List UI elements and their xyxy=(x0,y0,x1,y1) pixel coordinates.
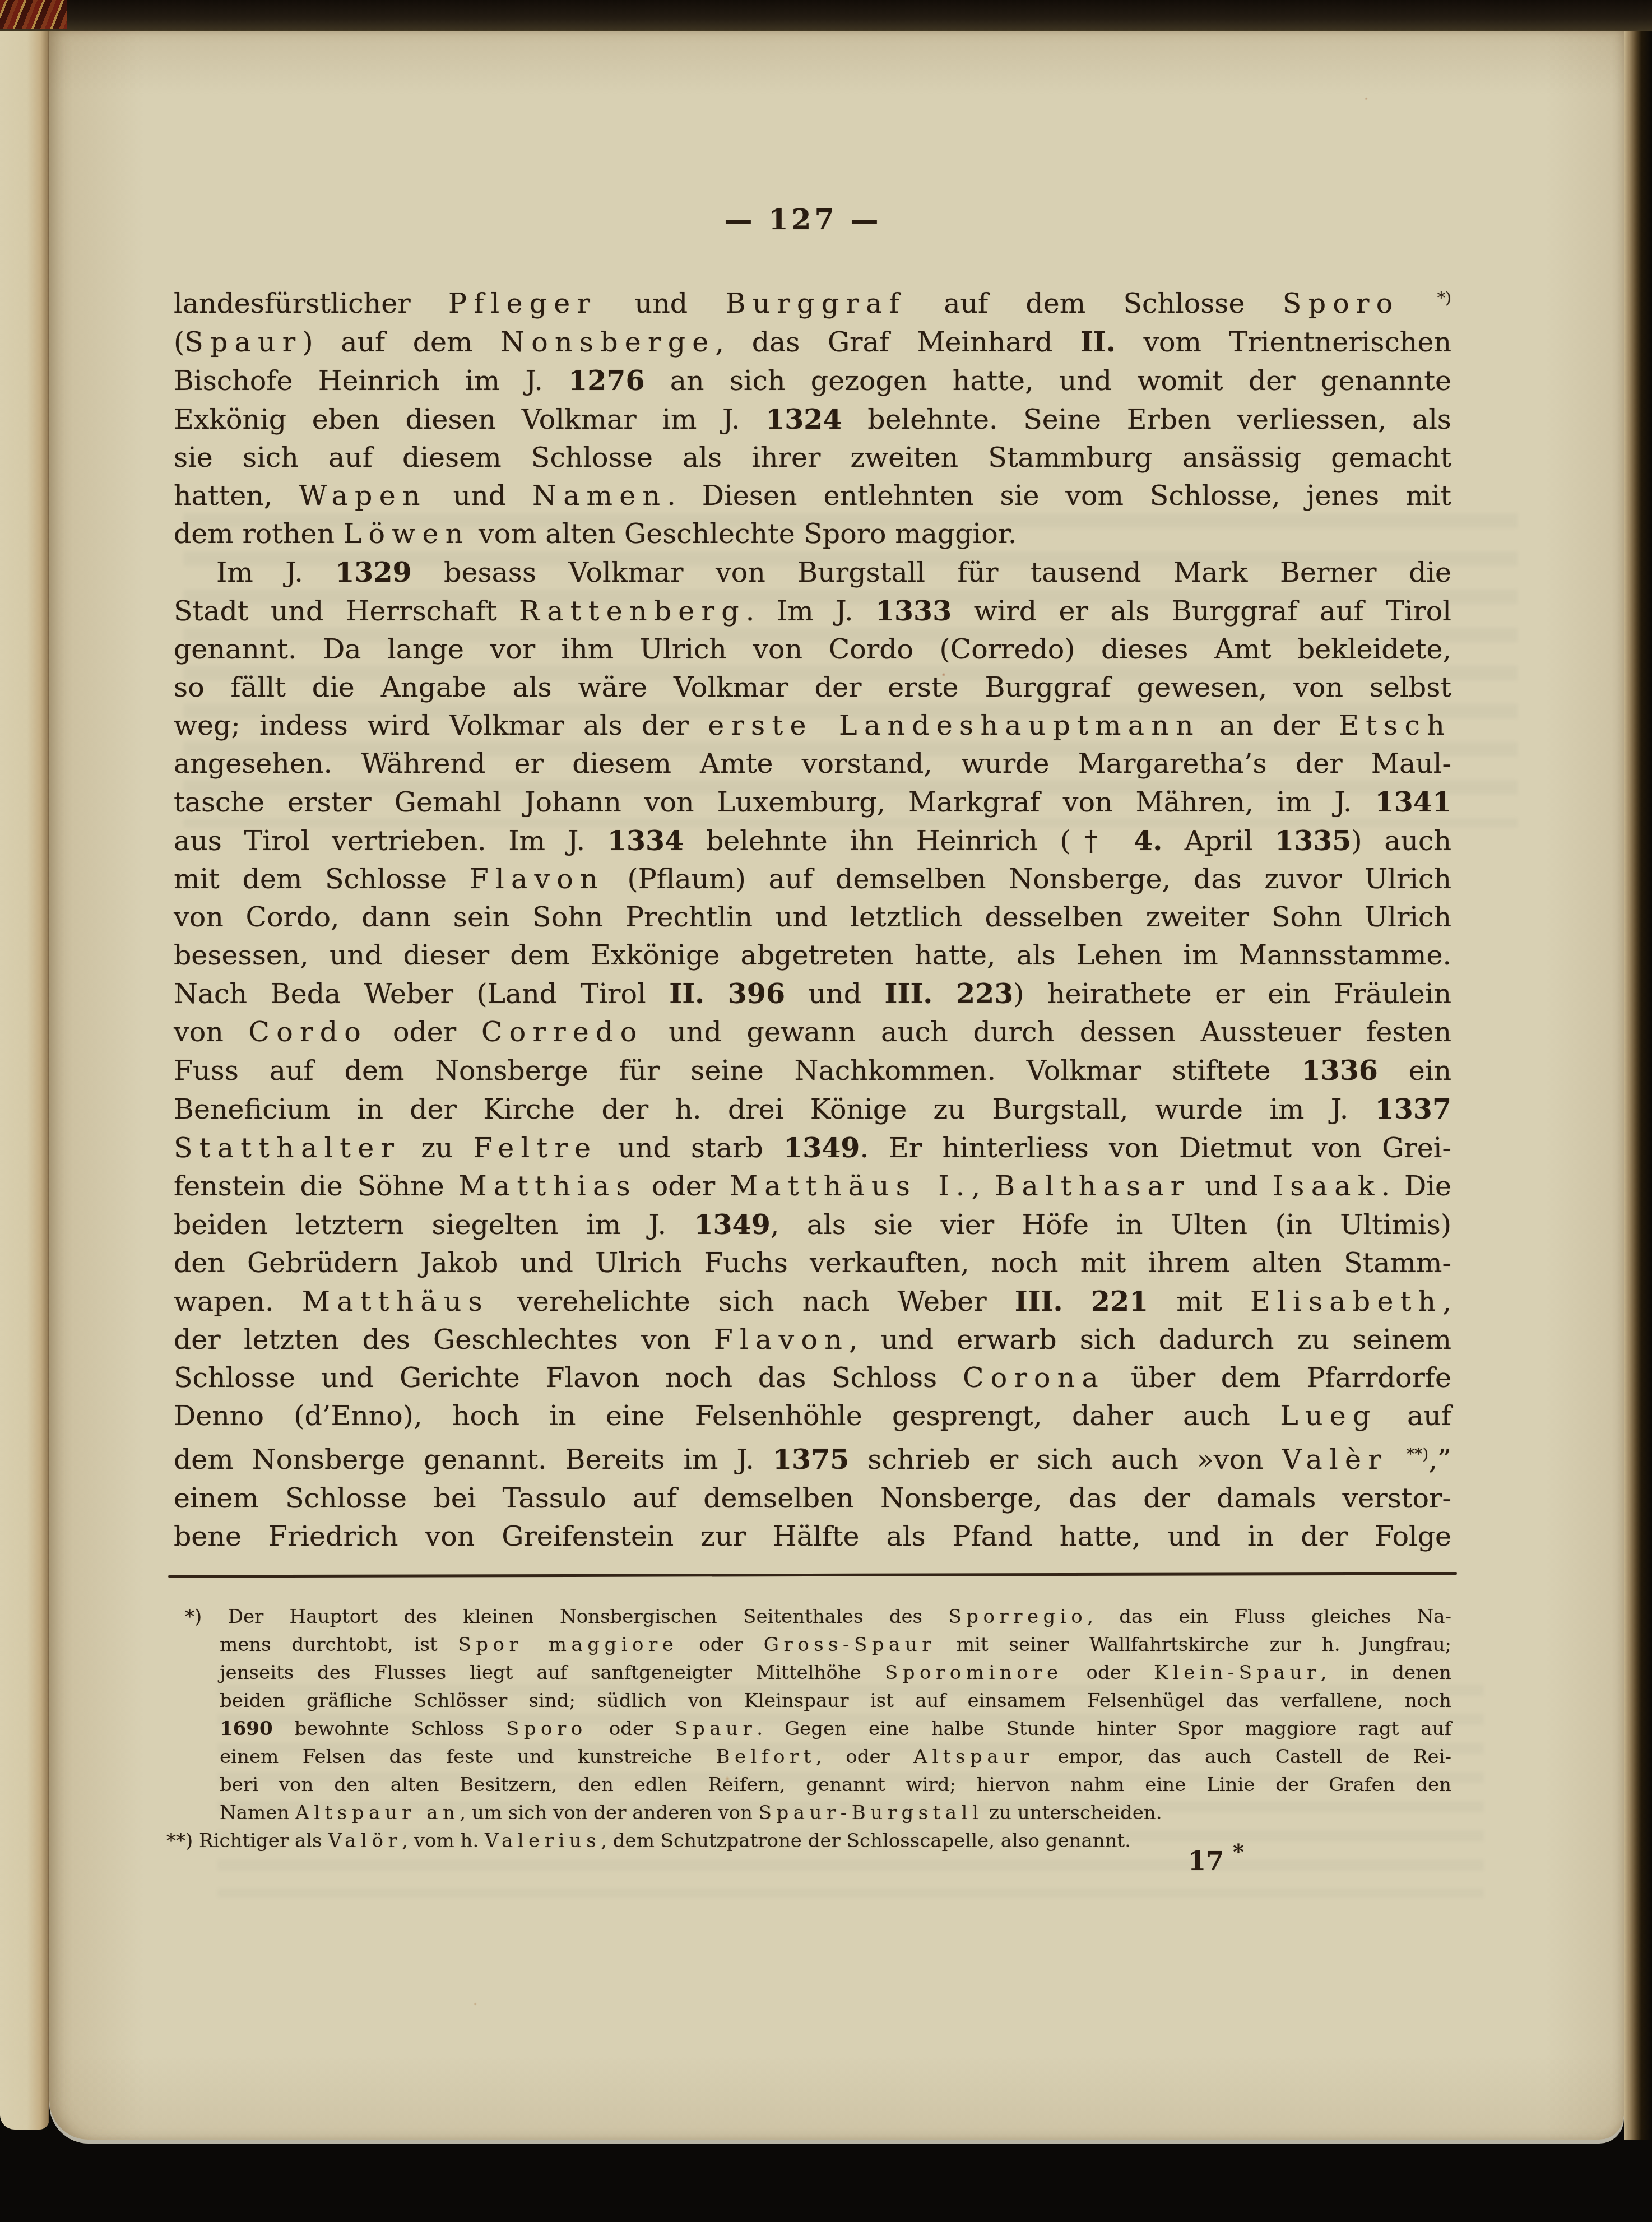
text-segment: landesfürstlicher xyxy=(174,287,448,319)
text-segment: , in denen xyxy=(1321,1662,1451,1684)
text-segment: Namen xyxy=(532,480,667,512)
text-segment: bene Friedrich von Greifenstein zur Hälf… xyxy=(174,1520,1451,1552)
text-line: tasche erster Gemahl Johann von Luxembur… xyxy=(174,783,1451,822)
text-segment: zu unterscheiden. xyxy=(983,1802,1162,1824)
text-line: Schlosse und Gerichte Flavon noch das Sc… xyxy=(174,1359,1451,1397)
text-line: von Cordo oder Corredo und gewann auch d… xyxy=(174,1013,1451,1051)
text-segment: 221 xyxy=(1091,1285,1148,1318)
text-line: angesehen. Während er diesem Amte vorsta… xyxy=(174,745,1451,783)
text-line: genannt. Da lange vor ihm Ulrich von Cor… xyxy=(174,630,1451,669)
text-segment: Beneficium in der Kirche der h. drei Kön… xyxy=(174,1093,1375,1125)
text-segment: 1690 xyxy=(220,1718,273,1740)
text-segment: besessen, und dieser dem Exkönige abgetr… xyxy=(174,939,1451,971)
text-segment: Fuss auf dem Nonsberge für seine Nachkom… xyxy=(174,1055,1302,1087)
text-segment: 1337 xyxy=(1375,1093,1451,1125)
text-segment: III. xyxy=(885,977,933,1010)
text-segment: belehnte. Seine Erben verliessen, als xyxy=(842,403,1451,435)
text-segment: ein xyxy=(1378,1055,1451,1087)
text-segment: an sich gezogen hatte, und womit der gen… xyxy=(645,365,1452,397)
text-line: weg; indess wird Volkmar als der erste L… xyxy=(174,707,1451,745)
text-segment: einem Felsen das feste und kunstreiche xyxy=(220,1746,716,1768)
text-segment: , oder xyxy=(816,1746,913,1768)
marbled-cover-corner xyxy=(0,0,67,29)
text-segment: Corona xyxy=(963,1362,1105,1394)
text-line: sie sich auf diesem Schlosse als ihrer z… xyxy=(174,439,1451,477)
text-segment: . Gegen eine halbe Stunde hinter Spor ma… xyxy=(757,1718,1451,1740)
text-segment: . Die xyxy=(1381,1170,1451,1202)
text-segment: (Pflaum) auf demselben Nonsberge, das zu… xyxy=(605,863,1451,895)
text-line: Statthalter zu Feltre und starb 1349. Er… xyxy=(174,1129,1451,1167)
text-segment: II. xyxy=(1080,326,1116,358)
text-segment: hatten, xyxy=(174,480,299,512)
text-segment: und xyxy=(1191,1170,1273,1202)
text-segment: Gross-Spaur xyxy=(764,1634,936,1656)
text-segment: sie sich auf diesem Schlosse als ihrer z… xyxy=(174,442,1451,474)
text-line: landesfürstlicher Pfleger und Burggraf a… xyxy=(174,279,1451,323)
text-segment: Exkönig eben diesen Volkmar im J. xyxy=(174,403,765,435)
text-segment: beri von den alten Besitzern, den edlen … xyxy=(220,1774,1451,1796)
text-segment: Stadt und Herrschaft xyxy=(174,595,519,627)
text-segment: Sporo xyxy=(506,1718,587,1740)
text-segment: 1349 xyxy=(694,1208,770,1241)
text-segment: von xyxy=(174,1016,249,1048)
text-segment: Im J. xyxy=(216,556,335,588)
text-line: beiden gräfliche Schlösser sind; südlich… xyxy=(220,1687,1451,1715)
text-segment: oder xyxy=(637,1170,730,1202)
text-segment: Isaak xyxy=(1273,1170,1381,1202)
text-line: wapen. Matthäus verehelichte sich nach W… xyxy=(174,1282,1451,1321)
text-segment: Valèr xyxy=(1282,1444,1388,1476)
text-line: besessen, und dieser dem Exkönige abgetr… xyxy=(174,936,1451,975)
text-line: der letzten des Geschlechtes von Flavon,… xyxy=(174,1321,1451,1359)
text-segment: so fällt die Angabe als wäre Volkmar der… xyxy=(174,671,1451,703)
text-segment: schrieb er sich auch »von xyxy=(849,1444,1282,1476)
text-segment: Bischofe Heinrich im J. xyxy=(174,365,568,397)
book-page: — 127 — landesfürstlicher Pfleger und Bu… xyxy=(49,31,1624,2140)
text-segment: mens durchtobt, ist xyxy=(220,1634,458,1656)
text-segment: Spaur xyxy=(184,326,302,358)
previous-page-gutter-edge xyxy=(0,31,49,2130)
text-line: 1690 bewohnte Schloss Sporo oder Spaur. … xyxy=(220,1715,1451,1743)
text-line: bene Friedrich von Greifenstein zur Hälf… xyxy=(174,1518,1451,1556)
text-line: einem Felsen das feste und kunstreiche B… xyxy=(220,1743,1451,1771)
text-segment: Altspaur xyxy=(913,1746,1034,1768)
text-segment: an der xyxy=(1200,709,1339,741)
page-number: — 127 — xyxy=(49,203,1557,236)
text-segment: ,” xyxy=(1428,1444,1451,1476)
text-segment: Spaur-Burgstall xyxy=(759,1802,983,1824)
text-segment: Schlosse und Gerichte Flavon noch das Sc… xyxy=(174,1362,963,1394)
text-segment: vom Trientnerischen xyxy=(1116,326,1451,358)
text-segment: jenseits des Flusses liegt auf sanftgene… xyxy=(220,1662,885,1684)
text-segment: ( xyxy=(174,326,184,358)
text-segment: einem Schlosse bei Tassulo auf demselben… xyxy=(174,1482,1451,1514)
text-segment: über dem Pfarrdorfe xyxy=(1105,1362,1451,1394)
text-segment: Statthalter xyxy=(174,1132,401,1164)
signature-star: * xyxy=(1233,1839,1244,1864)
text-line: Fuss auf dem Nonsberge für seine Nachkom… xyxy=(174,1051,1451,1090)
text-segment: Spor maggiore xyxy=(458,1634,679,1656)
text-segment xyxy=(1063,1286,1091,1318)
text-line: hatten, Wapen und Namen. Diesen entlehnt… xyxy=(174,477,1451,515)
text-line: mit dem Schlosse Flavon (Pflaum) auf dem… xyxy=(174,860,1451,898)
footnote-separator-rule xyxy=(168,1572,1457,1578)
text-line: Stadt und Herrschaft Rattenberg. Im J. 1… xyxy=(174,592,1451,630)
text-segment: , das ein Fluss gleiches Na- xyxy=(1087,1606,1451,1628)
text-segment: und gewann auch durch dessen Aussteuer f… xyxy=(643,1016,1451,1048)
text-line: Beneficium in der Kirche der h. drei Kön… xyxy=(174,1090,1451,1129)
text-segment xyxy=(1399,287,1437,319)
text-segment: . Im J. xyxy=(746,595,875,627)
text-segment: Cordo xyxy=(249,1016,368,1048)
text-segment: , um sich von der anderen von xyxy=(460,1802,758,1824)
text-segment: *) xyxy=(1437,289,1451,307)
text-line: Bischofe Heinrich im J. 1276 an sich gez… xyxy=(174,361,1451,400)
text-segment: Altspaur an xyxy=(295,1802,460,1824)
text-segment: weg; indess wird Volkmar als der xyxy=(174,709,708,741)
text-segment: Balthasar xyxy=(995,1170,1190,1202)
text-segment: dem Nonsberge genannt. Bereits im J. xyxy=(174,1444,773,1476)
text-line: fenstein die Söhne Matthias oder Matthäu… xyxy=(174,1167,1451,1205)
text-segment: ) auch xyxy=(1351,825,1451,857)
text-segment: Nonsberge xyxy=(500,326,715,358)
text-segment: erste Landeshauptmann xyxy=(708,709,1200,741)
text-segment: und starb xyxy=(597,1132,783,1164)
text-segment: Valerius xyxy=(485,1830,601,1852)
text-segment: tasche erster Gemahl Johann von Luxembur… xyxy=(174,786,1375,818)
text-segment: mit xyxy=(1148,1286,1250,1318)
text-segment: Etsch xyxy=(1339,709,1451,741)
text-segment: 1335 xyxy=(1275,824,1351,857)
text-line: Namen Altspaur an, um sich von der ander… xyxy=(220,1799,1451,1827)
text-line: (Spaur) auf dem Nonsberge, das Graf Mein… xyxy=(174,323,1451,361)
text-segment: 1324 xyxy=(765,403,842,435)
text-line: den Gebrüdern Jakob und Ulrich Fuchs ver… xyxy=(174,1244,1451,1282)
text-segment: Richtiger als xyxy=(199,1830,328,1852)
text-segment: Pfleger xyxy=(448,287,597,319)
text-segment: oder xyxy=(587,1718,675,1740)
text-segment: Valör xyxy=(328,1830,402,1852)
text-segment: Rattenberg xyxy=(519,595,746,627)
text-segment: . Er hinterliess von Dietmut von Grei- xyxy=(860,1132,1451,1164)
text-segment: und xyxy=(785,978,885,1010)
text-line: Nach Beda Weber (Land Tirol II. 396 und … xyxy=(174,975,1451,1013)
text-segment: genannt. Da lange vor ihm Ulrich von Cor… xyxy=(174,633,1451,665)
text-segment: Matthäus xyxy=(302,1286,489,1318)
text-segment: Belfort xyxy=(716,1746,815,1768)
text-segment: vom alten Geschlechte Sporo maggior. xyxy=(470,518,1017,550)
text-segment: mit dem Schlosse xyxy=(174,863,470,895)
text-segment: , xyxy=(972,1170,995,1202)
text-line: beiden letztern siegelten im J. 1349, al… xyxy=(174,1205,1451,1244)
text-segment: Matthias xyxy=(459,1170,637,1202)
text-segment: Wapen xyxy=(299,480,427,512)
text-segment: 1276 xyxy=(568,364,644,397)
text-segment: April xyxy=(1162,825,1275,857)
text-segment: fenstein die Söhne xyxy=(174,1170,459,1202)
text-segment: verehelichte sich nach Weber xyxy=(489,1286,1015,1318)
text-segment: und xyxy=(597,287,725,319)
text-segment: aus Tirol vertrieben. Im J. xyxy=(174,825,607,857)
text-segment: Matthäus I. xyxy=(730,1170,972,1202)
text-segment: besass Volkmar von Burgstall für tausend… xyxy=(412,556,1451,588)
text-segment: empor, das auch Castell de Rei- xyxy=(1034,1746,1451,1768)
text-segment: Löwen xyxy=(344,518,470,550)
text-segment: beiden gräfliche Schlösser sind; südlich… xyxy=(220,1690,1451,1712)
text-segment: wapen. xyxy=(174,1286,302,1318)
text-line: dem rothen Löwen vom alten Geschlechte S… xyxy=(174,515,1451,553)
text-segment: Flavon xyxy=(714,1324,849,1356)
text-segment: 1334 xyxy=(607,824,684,857)
text-segment: zu xyxy=(401,1132,474,1164)
text-segment: , dem Schutzpatrone der Schlosscapelle, … xyxy=(601,1830,1131,1852)
text-segment: III. xyxy=(1015,1285,1063,1318)
text-line: **) Richtiger als Valör, vom h. Valerius… xyxy=(220,1827,1451,1855)
scanned-book-photo: — 127 — landesfürstlicher Pfleger und Bu… xyxy=(0,0,1652,2222)
text-segment: 1349 xyxy=(783,1131,860,1164)
signature-number: 17 xyxy=(1188,1846,1224,1876)
text-segment: Sporo xyxy=(1283,287,1400,319)
text-segment: 1341 xyxy=(1375,786,1451,818)
text-segment: Spaur xyxy=(675,1718,757,1740)
text-segment: dem rothen xyxy=(174,518,344,550)
text-segment: 1375 xyxy=(773,1444,849,1476)
text-segment: . Diesen entlehnten sie vom Schlosse, je… xyxy=(667,480,1451,512)
text-segment: *) xyxy=(185,1606,228,1628)
text-segment: **) xyxy=(1407,1445,1429,1463)
text-segment: oder xyxy=(368,1016,481,1048)
stacked-page-edges xyxy=(1624,31,1652,2140)
text-segment: bewohnte Schloss xyxy=(273,1718,506,1740)
text-segment: ) auf dem xyxy=(303,326,501,358)
text-segment: oder xyxy=(678,1634,763,1656)
text-segment: mit seiner Wallfahrtskirche zur h. Jungf… xyxy=(936,1634,1451,1656)
text-line: so fällt die Angabe als wäre Volkmar der… xyxy=(174,669,1451,707)
text-segment: 4. xyxy=(1134,824,1162,857)
text-segment: 396 xyxy=(728,977,785,1010)
text-segment: den Gebrüdern Jakob und Ulrich Fuchs ver… xyxy=(174,1247,1451,1279)
text-segment: auf xyxy=(1377,1400,1451,1432)
text-segment: Feltre xyxy=(474,1132,598,1164)
text-segment: , vom h. xyxy=(402,1830,485,1852)
text-line: beri von den alten Besitzern, den edlen … xyxy=(220,1771,1451,1799)
text-line: dem Nonsberge genannt. Bereits im J. 137… xyxy=(174,1435,1451,1479)
text-segment: Sporominore xyxy=(885,1662,1063,1684)
text-segment: Elisabeth xyxy=(1250,1286,1442,1318)
text-segment: Corredo xyxy=(481,1016,643,1048)
text-segment: Burggraf xyxy=(725,287,906,319)
text-segment: Lueg xyxy=(1280,1400,1377,1432)
text-line: einem Schlosse bei Tassulo auf demselben… xyxy=(174,1479,1451,1518)
text-segment: Der Hauptort des kleinen Nonsbergischen … xyxy=(228,1606,949,1628)
text-segment: , xyxy=(1442,1286,1451,1318)
text-segment: Denno (d’Enno), hoch in eine Felsenhöhle… xyxy=(174,1400,1280,1432)
text-segment: , und erwarb sich dadurch zu seinem xyxy=(849,1324,1451,1356)
text-segment: Klein-Spaur xyxy=(1154,1662,1321,1684)
text-line: mens durchtobt, ist Spor maggiore oder G… xyxy=(220,1631,1451,1659)
footnotes-block: *) Der Hauptort des kleinen Nonsbergisch… xyxy=(220,1603,1451,1855)
signature-mark: 17* xyxy=(1188,1846,1244,1876)
text-segment: oder xyxy=(1063,1662,1154,1684)
text-segment: Nach Beda Weber (Land Tirol xyxy=(174,978,669,1010)
text-segment: ) heirathete er ein Fräulein xyxy=(1013,978,1451,1010)
text-segment: der letzten des Geschlechtes von xyxy=(174,1324,714,1356)
book-top-edge xyxy=(0,0,1652,33)
text-segment: , als sie vier Höfe in Ulten (in Ultimis… xyxy=(771,1209,1451,1241)
text-line: aus Tirol vertrieben. Im J. 1334 belehnt… xyxy=(174,822,1451,860)
text-segment: **) xyxy=(166,1830,199,1852)
text-segment: auf dem Schlosse xyxy=(906,287,1283,319)
text-line: jenseits des Flusses liegt auf sanftgene… xyxy=(220,1659,1451,1687)
text-segment: von Cordo, dann sein Sohn Prechtlin und … xyxy=(174,901,1451,933)
text-line: *) Der Hauptort des kleinen Nonsbergisch… xyxy=(220,1603,1451,1631)
text-segment xyxy=(704,978,728,1010)
text-line: Im J. 1329 besass Volkmar von Burgstall … xyxy=(174,553,1451,592)
text-line: Denno (d’Enno), hoch in eine Felsenhöhle… xyxy=(174,1397,1451,1435)
text-segment: 1333 xyxy=(875,595,952,627)
text-segment: 1329 xyxy=(335,556,411,588)
text-segment: wird er als Burggraf auf Tirol xyxy=(952,595,1451,627)
main-text-block: landesfürstlicher Pfleger und Burggraf a… xyxy=(174,279,1451,1556)
text-segment: Namen xyxy=(220,1802,295,1824)
text-segment: und xyxy=(427,480,532,512)
text-segment: 223 xyxy=(956,977,1013,1010)
text-segment: Flavon xyxy=(470,863,605,895)
text-line: Exkönig eben diesen Volkmar im J. 1324 b… xyxy=(174,400,1451,439)
text-segment: Sporregio xyxy=(948,1606,1087,1628)
text-segment: , das Graf Meinhard xyxy=(716,326,1080,358)
text-segment: angesehen. Während er diesem Amte vorsta… xyxy=(174,748,1451,780)
text-segment: belehnte ihn Heinrich († xyxy=(684,825,1134,857)
text-line: von Cordo, dann sein Sohn Prechtlin und … xyxy=(174,898,1451,936)
text-segment xyxy=(1388,1444,1407,1476)
text-segment: II. xyxy=(669,977,704,1010)
text-segment xyxy=(932,978,956,1010)
text-segment: beiden letztern siegelten im J. xyxy=(174,1209,694,1241)
text-segment: 1336 xyxy=(1302,1054,1378,1087)
